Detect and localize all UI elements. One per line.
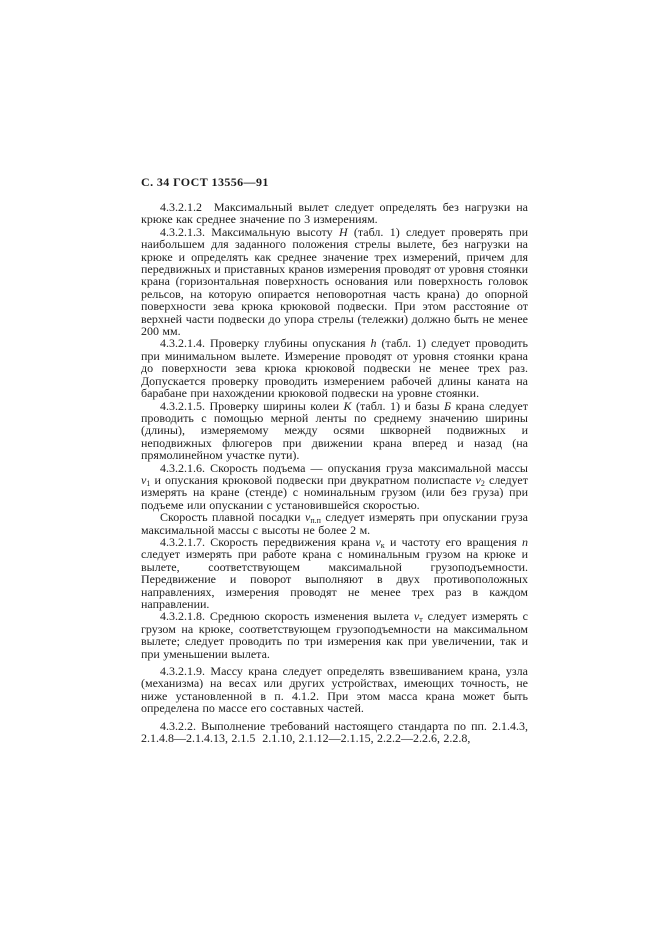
- paragraph: 4.3.2.1.8. Среднюю скорость изменения вы…: [141, 610, 528, 660]
- paragraph: 4.3.2.1.7. Скорость передвижения крана v…: [141, 536, 528, 610]
- paragraph: 4.3.2.1.9. Массу крана следует определят…: [141, 665, 528, 715]
- paragraph: 4.3.2.1.4. Проверку глубины опускания h …: [141, 337, 528, 399]
- paragraph: 4.3.2.2. Выполнение требований настоящег…: [141, 720, 528, 745]
- paragraph: 4.3.2.1.6. Скорость подъема — опускания …: [141, 462, 528, 512]
- paragraph: 4.3.2.1.5. Проверку ширины колеи К (табл…: [141, 400, 528, 462]
- paragraph: 4.3.2.1.2 Максимальный вылет следует опр…: [141, 201, 528, 226]
- document-page: С. 34 ГОСТ 13556—91 4.3.2.1.2 Максимальн…: [0, 0, 661, 935]
- page-header: С. 34 ГОСТ 13556—91: [141, 175, 269, 190]
- document-body: 4.3.2.1.2 Максимальный вылет следует опр…: [141, 201, 528, 744]
- paragraph: 4.3.2.1.3. Максимальную высоту H (табл. …: [141, 226, 528, 338]
- paragraph: Скорость плавной посадки vп.п следует из…: [141, 511, 528, 536]
